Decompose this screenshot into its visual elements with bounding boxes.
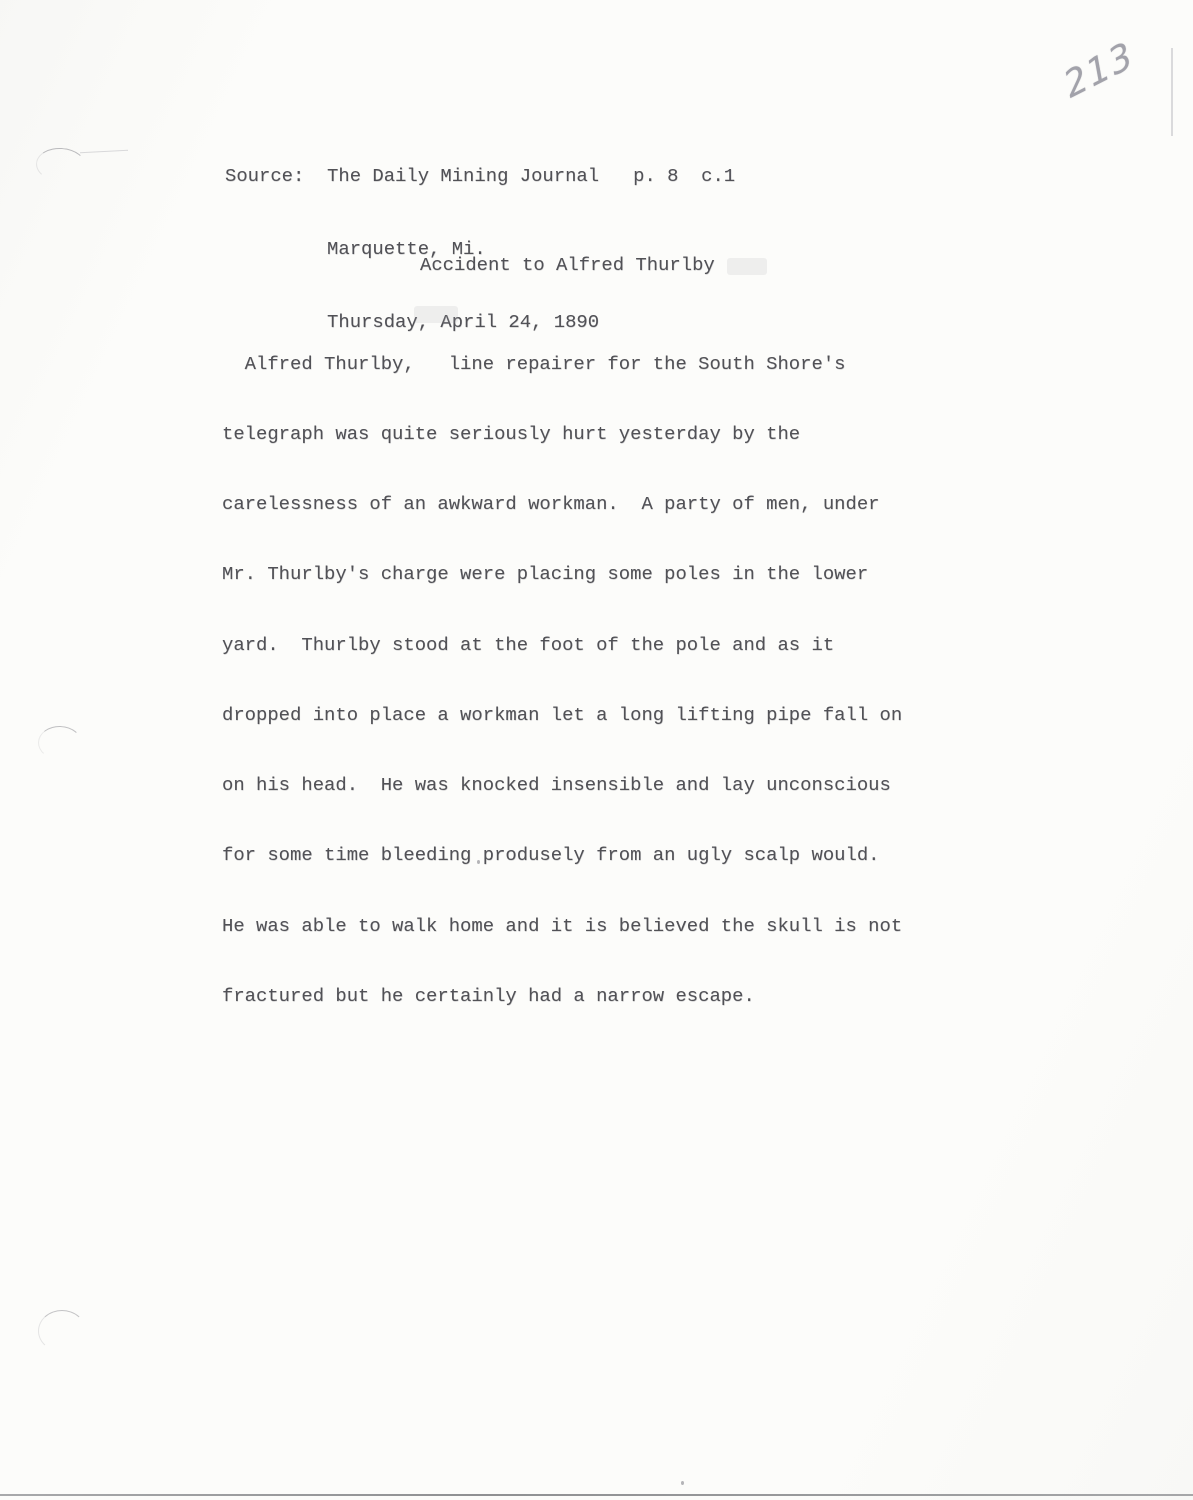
erasure-smudge-body-line1 [414, 306, 458, 323]
article-body-line: for some time bleeding produsely from an… [222, 844, 902, 867]
article-body-line: fractured but he certainly had a narrow … [222, 985, 902, 1008]
page-curl-mark-top-tail [80, 150, 128, 154]
scan-edge-line-bottom [0, 1494, 1193, 1496]
paper-speck [477, 860, 480, 864]
article-body-line: on his head. He was knocked insensible a… [222, 774, 902, 797]
article-body-line: carelessness of an awkward workman. A pa… [222, 493, 902, 516]
article-body-line: Alfred Thurlby, line repairer for the So… [222, 353, 902, 376]
handwritten-page-number: 213 [1059, 34, 1140, 106]
source-line-journal: Source: The Daily Mining Journal p. 8 c.… [225, 164, 735, 188]
erasure-smudge-after-title [727, 258, 767, 275]
scanned-document-page: 213 Source: The Daily Mining Journal p. … [0, 0, 1193, 1500]
article-body: Alfred Thurlby, line repairer for the So… [222, 306, 902, 1055]
article-body-line: telegraph was quite seriously hurt yeste… [222, 423, 902, 446]
page-curl-mark-bottom [38, 1310, 86, 1352]
article-body-line: He was able to walk home and it is belie… [222, 915, 902, 938]
scan-edge-line-right [1171, 48, 1173, 136]
article-body-line: yard. Thurlby stood at the foot of the p… [222, 634, 902, 657]
page-curl-mark-middle [37, 725, 82, 761]
article-body-line: Mr. Thurlby's charge were placing some p… [222, 563, 902, 586]
article-title: Accident to Alfred Thurlby [420, 253, 715, 277]
article-body-line: dropped into place a workman let a long … [222, 704, 902, 727]
paper-speck [681, 1481, 684, 1485]
